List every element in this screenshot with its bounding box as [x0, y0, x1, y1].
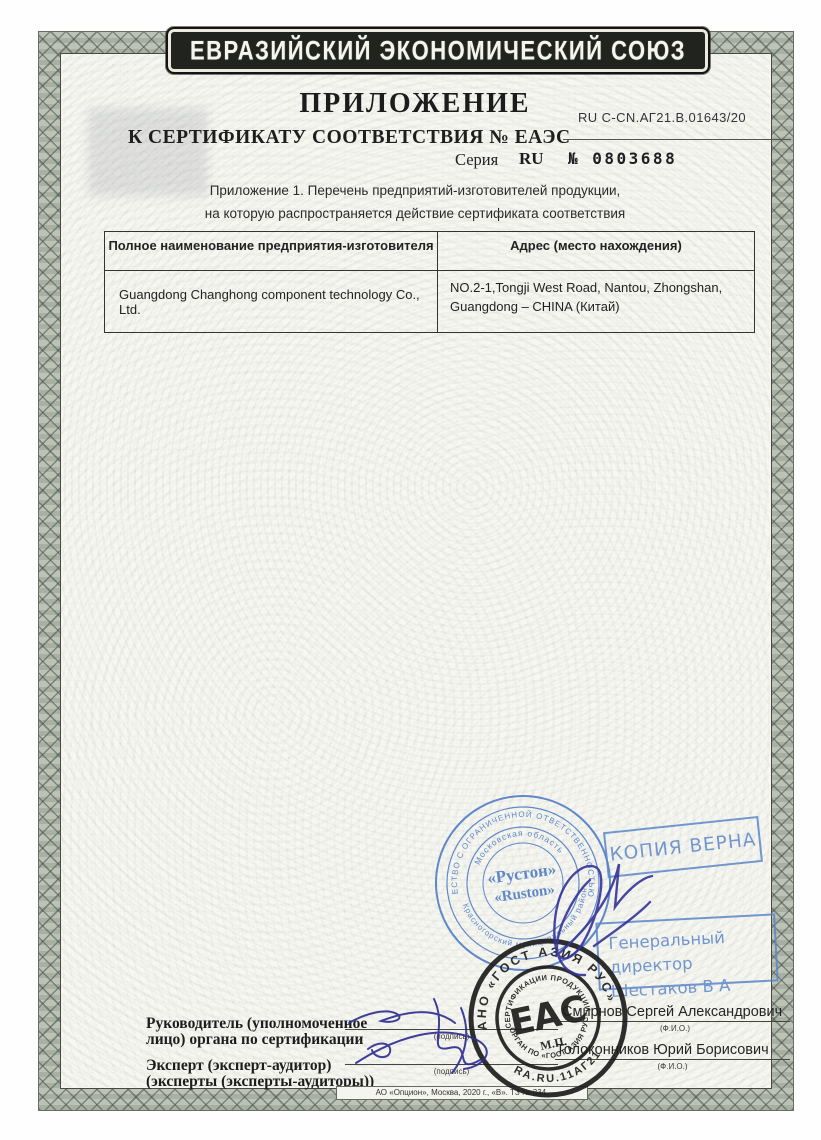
table-header-manufacturer: Полное наименование предприятия-изготови… — [105, 232, 438, 271]
eaeu-banner: ЕВРАЗИЙСКИЙ ЭКОНОМИЧЕСКИЙ СОЮЗ — [166, 27, 710, 74]
series-value: RU — [519, 149, 544, 169]
eac-certification-stamp: АНО «ГОСТ АЗИЯ РУС» RA.RU.11АГ21 СЕРТИФИ… — [458, 928, 638, 1108]
head-role-line2: лицо) органа по сертификации — [146, 1031, 363, 1049]
series-label: Серия — [455, 150, 498, 170]
table-cell-manufacturer: Guangdong Changhong component technology… — [105, 271, 438, 332]
certificate-label: К СЕРТИФИКАТУ СООТВЕТСТВИЯ № ЕАЭС — [128, 127, 571, 149]
annex-note-line1: Приложение 1. Перечень предприятий-изгот… — [60, 183, 770, 198]
table-cell-address: NO.2-1,Tongji West Road, Nantou, Zhongsh… — [438, 271, 754, 332]
certificate-number-underline — [563, 139, 791, 140]
table-header-address: Адрес (место нахождения) — [438, 232, 754, 271]
annex-note-line2: на которую распространяется действие сер… — [60, 206, 770, 221]
certificate-number: RU С-CN.АГ21.В.01643/20 — [578, 110, 746, 125]
copy-verna-text: КОПИЯ ВЕРНА — [609, 829, 758, 865]
manufacturers-table: Полное наименование предприятия-изготови… — [104, 231, 755, 333]
blank-number: № 0803688 — [568, 149, 677, 168]
eaeu-banner-text: ЕВРАЗИЙСКИЙ ЭКОНОМИЧЕСКИЙ СОЮЗ — [190, 35, 686, 67]
certificate-annex-page: ЕВРАЗИЙСКИЙ ЭКОНОМИЧЕСКИЙ СОЮЗ ПРИЛОЖЕНИ… — [0, 0, 821, 1140]
